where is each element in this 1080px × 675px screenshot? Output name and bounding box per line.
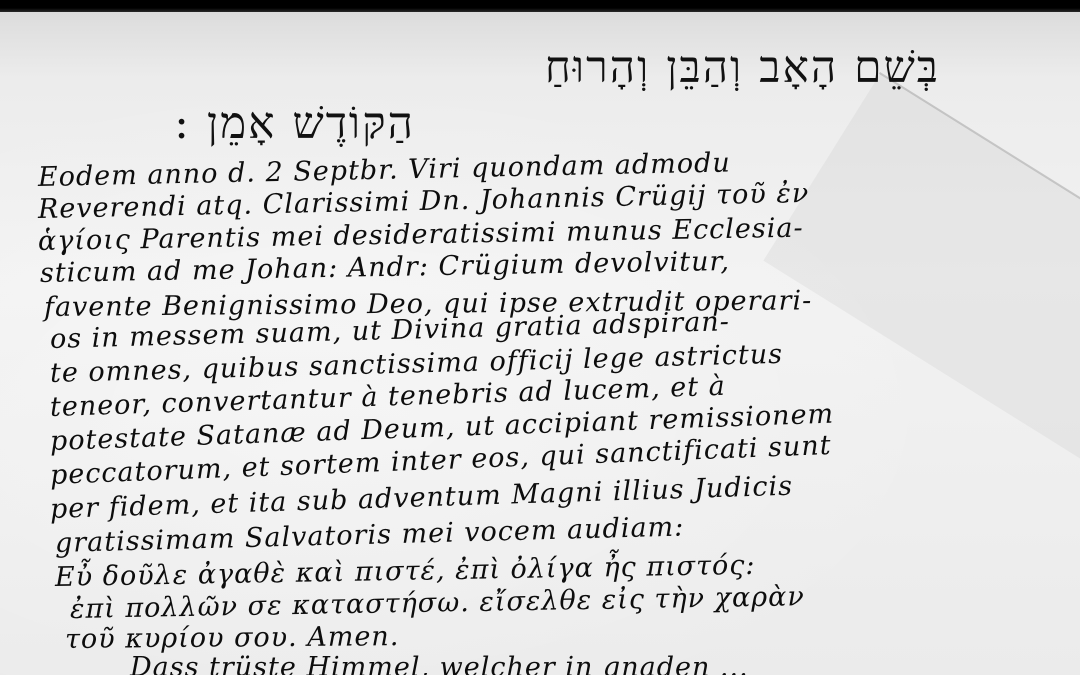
hebrew-heading-line-1: בְּשֵׁם הָאָב וְהַבֵּן וְהָרוּחַ: [545, 42, 940, 93]
hebrew-heading-line-2: הַקּוֹדֶשׁ אָמֵן :: [174, 98, 415, 149]
manuscript-page: בְּשֵׁם הָאָב וְהַבֵּן וְהָרוּחַ הַקּוֹד…: [0, 12, 1080, 675]
greek-line-3: τοῦ κυρίου σου. Amen.: [65, 621, 400, 655]
final-line: Dass trüste Himmel, welcher in gnaden ..…: [130, 652, 749, 675]
